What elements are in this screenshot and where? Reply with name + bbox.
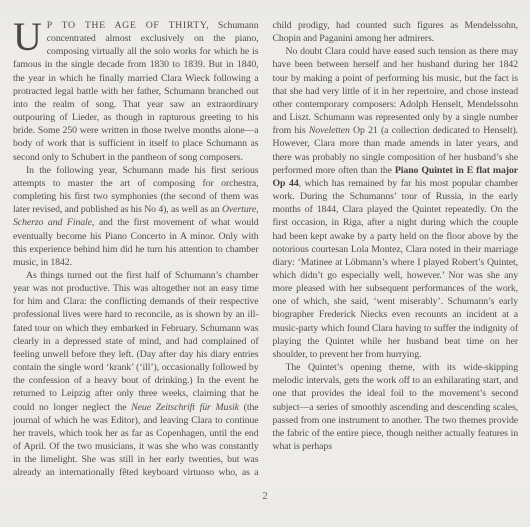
text-run: , which has remained by far his most pop… [273,178,519,360]
text-run: No doubt Clara could have eased such ten… [273,46,519,136]
text-run: As things turned out the first half of S… [13,270,259,413]
text-run: The Quintet’s opening theme, with its wi… [273,362,519,452]
booklet-page: UP TO THE AGE OF THIRTY, Schumann concen… [0,0,530,527]
drop-cap: U [13,19,47,58]
paragraph: In the following year, Schumann made his… [13,164,259,269]
paragraph: No doubt Clara could have eased such ten… [273,45,519,361]
paragraph: The Quintet’s opening theme, with its wi… [273,361,519,453]
text-columns: UP TO THE AGE OF THIRTY, Schumann concen… [13,19,518,493]
text-run: Schumann concentrated almost exclusively… [13,20,259,163]
page-number: 2 [0,491,530,502]
text-run: P TO THE AGE OF THIRTY, [47,20,210,31]
paragraph: UP TO THE AGE OF THIRTY, Schumann concen… [13,19,259,164]
text-run: Neue Zeitschrift für Musik [131,402,239,413]
text-run: Noveletten [309,125,350,136]
